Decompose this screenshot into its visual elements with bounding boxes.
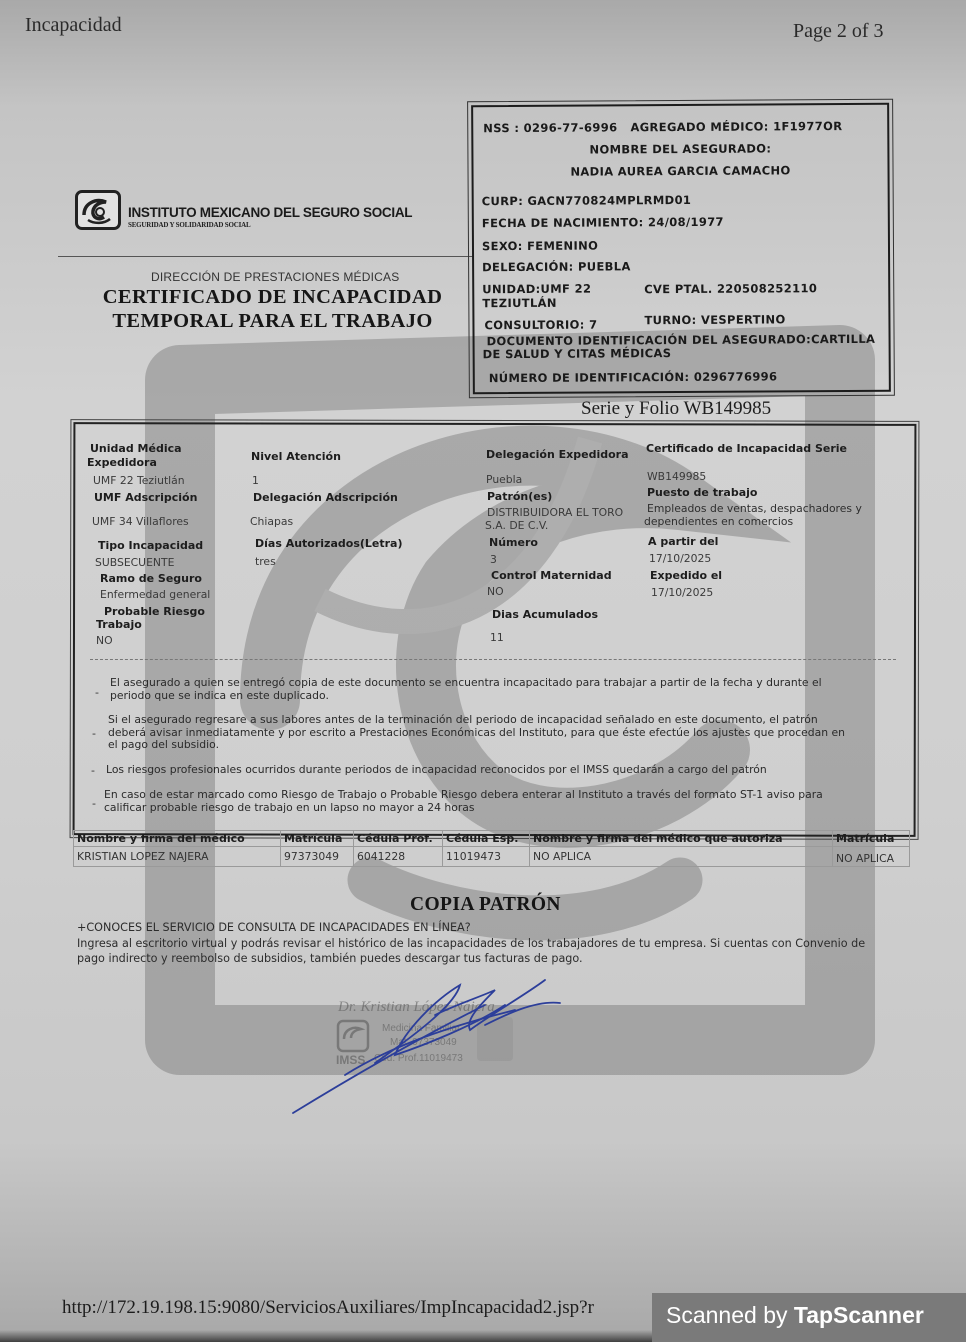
col-cedula-esp: Cédula Esp. — [443, 831, 530, 847]
print-url: http://172.19.198.15:9080/ServiciosAuxil… — [62, 1297, 594, 1319]
notes-divider — [90, 659, 896, 660]
a-partir-value: 17/10/2025 — [649, 552, 711, 565]
dias-acumulados-label: Dias Acumulados — [492, 608, 598, 621]
patient-info-box: NSS : 0296-77-6996 AGREGADO MÉDICO: 1F19… — [471, 103, 891, 395]
umf-adscripcion-label: UMF Adscripción — [94, 491, 197, 504]
umf-adscripcion-value: UMF 34 Villaflores — [92, 515, 189, 528]
scanner-watermark: Scanned by TapScanner — [652, 1293, 966, 1342]
serie-label: Certificado de Incapacidad Serie — [646, 442, 847, 455]
postal-code-value: 220508252110 — [717, 281, 817, 296]
unidad-medica-label: Unidad MédicaExpedidora — [90, 442, 182, 470]
puesto-value: Empleados de ventas, despachadores ydepe… — [647, 502, 862, 528]
col-matricula: Matrícula — [281, 831, 354, 847]
bullet-dash: - — [91, 764, 95, 777]
bullet-dash: - — [92, 797, 96, 810]
nivel-atencion-label: Nivel Atención — [251, 450, 341, 463]
col-authorizing-doctor: Nombre y firma del médico que autoriza — [530, 831, 833, 847]
col-doctor-name: Nombre y firma del médico — [74, 831, 281, 847]
note-1: El asegurado a quien se entregó copia de… — [110, 677, 822, 702]
control-maternidad-value: NO — [487, 585, 504, 598]
delegacion-adscripcion-value: Chiapas — [250, 515, 293, 528]
scan-edge-shadow — [0, 1330, 660, 1342]
certificate-title: CERTIFICADO DE INCAPACIDAD TEMPORAL PARA… — [100, 285, 445, 333]
scanner-brand: TapScanner — [794, 1302, 924, 1328]
note-4: En caso de estar marcado como Riesgo de … — [104, 789, 823, 814]
bullet-dash: - — [95, 686, 99, 699]
promo-line-1: +CONOCES EL SERVICIO DE CONSULTA DE INCA… — [77, 921, 471, 934]
id-number-value: 0296776996 — [694, 369, 778, 384]
note-3: Los riesgos profesionales ocurridos dura… — [106, 764, 767, 777]
probable-riesgo-label: Probable RiesgoTrabajo — [104, 605, 205, 631]
authorizing-doctor: NO APLICA — [530, 847, 833, 867]
page-header-title: Incapacidad — [25, 14, 122, 37]
promo-line-3: pago indirecto y reembolso de subsidios,… — [77, 952, 583, 965]
postal-code-row: CVE PTAL. 220508252110 — [644, 281, 817, 296]
bullet-dash: - — [92, 727, 96, 740]
dias-autorizados-value: tres — [255, 555, 276, 568]
imss-logo-icon — [75, 190, 121, 230]
id-number-row: NÚMERO DE IDENTIFICACIÓN: 0296776996 — [489, 369, 778, 385]
expedido-label: Expedido el — [650, 569, 722, 582]
dias-autorizados-label: Días Autorizados(Letra) — [255, 537, 403, 550]
dias-acumulados-value: 11 — [490, 631, 504, 644]
delegacion-expedidora-value: Puebla — [486, 473, 522, 486]
unidad-medica-value: UMF 22 Teziutlán — [93, 474, 185, 487]
ramo-seguro-value: Enfermedad general — [100, 588, 210, 601]
certificate-title-line-2: TEMPORAL PARA EL TRABAJO — [100, 309, 445, 333]
probable-riesgo-value: NO — [96, 634, 113, 647]
nss-value: 0296-77-6996 — [524, 120, 618, 135]
col-cedula-prof: Cédula Prof. — [354, 831, 443, 847]
table-row: KRISTIAN LOPEZ NAJERA 97373049 6041228 1… — [74, 847, 910, 867]
control-maternidad-label: Control Maternidad — [491, 569, 612, 582]
numero-value: 3 — [490, 553, 497, 566]
delegation-row: DELEGACIÓN: PUEBLA — [482, 259, 631, 274]
office-value: 7 — [589, 318, 597, 332]
shift-value: VESPERTINO — [701, 312, 786, 327]
doctor-matricula: 97373049 — [281, 847, 354, 867]
unit-row: UNIDAD:UMF 22 TEZIUTLÁN — [482, 282, 591, 311]
puesto-label: Puesto de trabajo — [647, 486, 757, 499]
delegacion-adscripcion-label: Delegación Adscripción — [253, 491, 398, 504]
patron-label: Patrón(es) — [487, 490, 552, 503]
promo-line-2: Ingresa al escritorio virtual y podrás r… — [77, 937, 865, 950]
tipo-incapacidad-label: Tipo Incapacidad — [98, 539, 203, 552]
numero-label: Número — [489, 536, 538, 549]
nivel-atencion-value: 1 — [252, 474, 259, 487]
note-2: Si el asegurado regresare a sus labores … — [108, 714, 845, 752]
insured-name-label: NOMBRE DEL ASEGURADO: — [473, 141, 887, 158]
shift-row: TURNO: VESPERTINO — [644, 312, 785, 327]
birthdate-value: 24/08/1977 — [648, 215, 724, 229]
sex-row: SEXO: FEMENINO — [482, 239, 598, 254]
serie-folio: Serie y Folio WB149985 — [581, 398, 771, 420]
ramo-seguro-label: Ramo de Seguro — [100, 572, 202, 585]
nss-row: NSS : 0296-77-6996 AGREGADO MÉDICO: 1F19… — [483, 119, 842, 135]
institution-tagline: SEGURIDAD Y SOLIDARIDAD SOCIAL — [128, 221, 250, 229]
col-matricula-auth: Matrícula — [833, 831, 910, 847]
expedido-value: 17/10/2025 — [651, 586, 713, 599]
serie-value: WB149985 — [647, 470, 706, 483]
authorizing-matricula: NO APLICA — [833, 847, 910, 867]
doctor-name: KRISTIAN LOPEZ NAJERA — [74, 847, 281, 867]
id-document-row: DOCUMENTO IDENTIFICACIÓN DEL ASEGURADO:C… — [487, 333, 876, 361]
a-partir-label: A partir del — [648, 535, 718, 548]
doctor-cedula-esp: 11019473 — [443, 847, 530, 867]
curp-value: GACN770824MPLRMD01 — [527, 193, 691, 208]
doctor-cedula-prof: 6041228 — [354, 847, 443, 867]
delegacion-expedidora-label: Delegación Expedidora — [486, 448, 629, 461]
doctor-signature — [285, 975, 575, 1120]
direction-label: DIRECCIÓN DE PRESTACIONES MÉDICAS — [151, 270, 399, 284]
doctor-table: Nombre y firma del médico Matrícula Cédu… — [73, 830, 910, 867]
birthdate-row: FECHA DE NACIMIENTO: 24/08/1977 — [482, 215, 724, 230]
doctor-table-header: Nombre y firma del médico Matrícula Cédu… — [74, 831, 910, 847]
institution-name: INSTITUTO MEXICANO DEL SEGURO SOCIAL — [128, 205, 412, 220]
header-divider — [58, 256, 474, 257]
certificate-title-line-1: CERTIFICADO DE INCAPACIDAD — [100, 285, 445, 309]
sex-value: FEMENINO — [527, 239, 598, 253]
patron-value: DISTRIBUIDORA EL TOROS.A. DE C.V. — [487, 506, 623, 532]
page-indicator: Page 2 of 3 — [793, 20, 884, 43]
insured-name: NADIA AUREA GARCIA CAMACHO — [473, 163, 887, 180]
agregado-value: 1F1977OR — [773, 119, 842, 133]
office-row: CONSULTORIO: 7 — [484, 318, 597, 333]
delegation-value: PUEBLA — [578, 259, 631, 273]
copy-label: COPIA PATRÓN — [410, 894, 561, 916]
tipo-incapacidad-value: SUBSECUENTE — [95, 556, 174, 569]
curp-row: CURP: GACN770824MPLRMD01 — [482, 193, 692, 208]
